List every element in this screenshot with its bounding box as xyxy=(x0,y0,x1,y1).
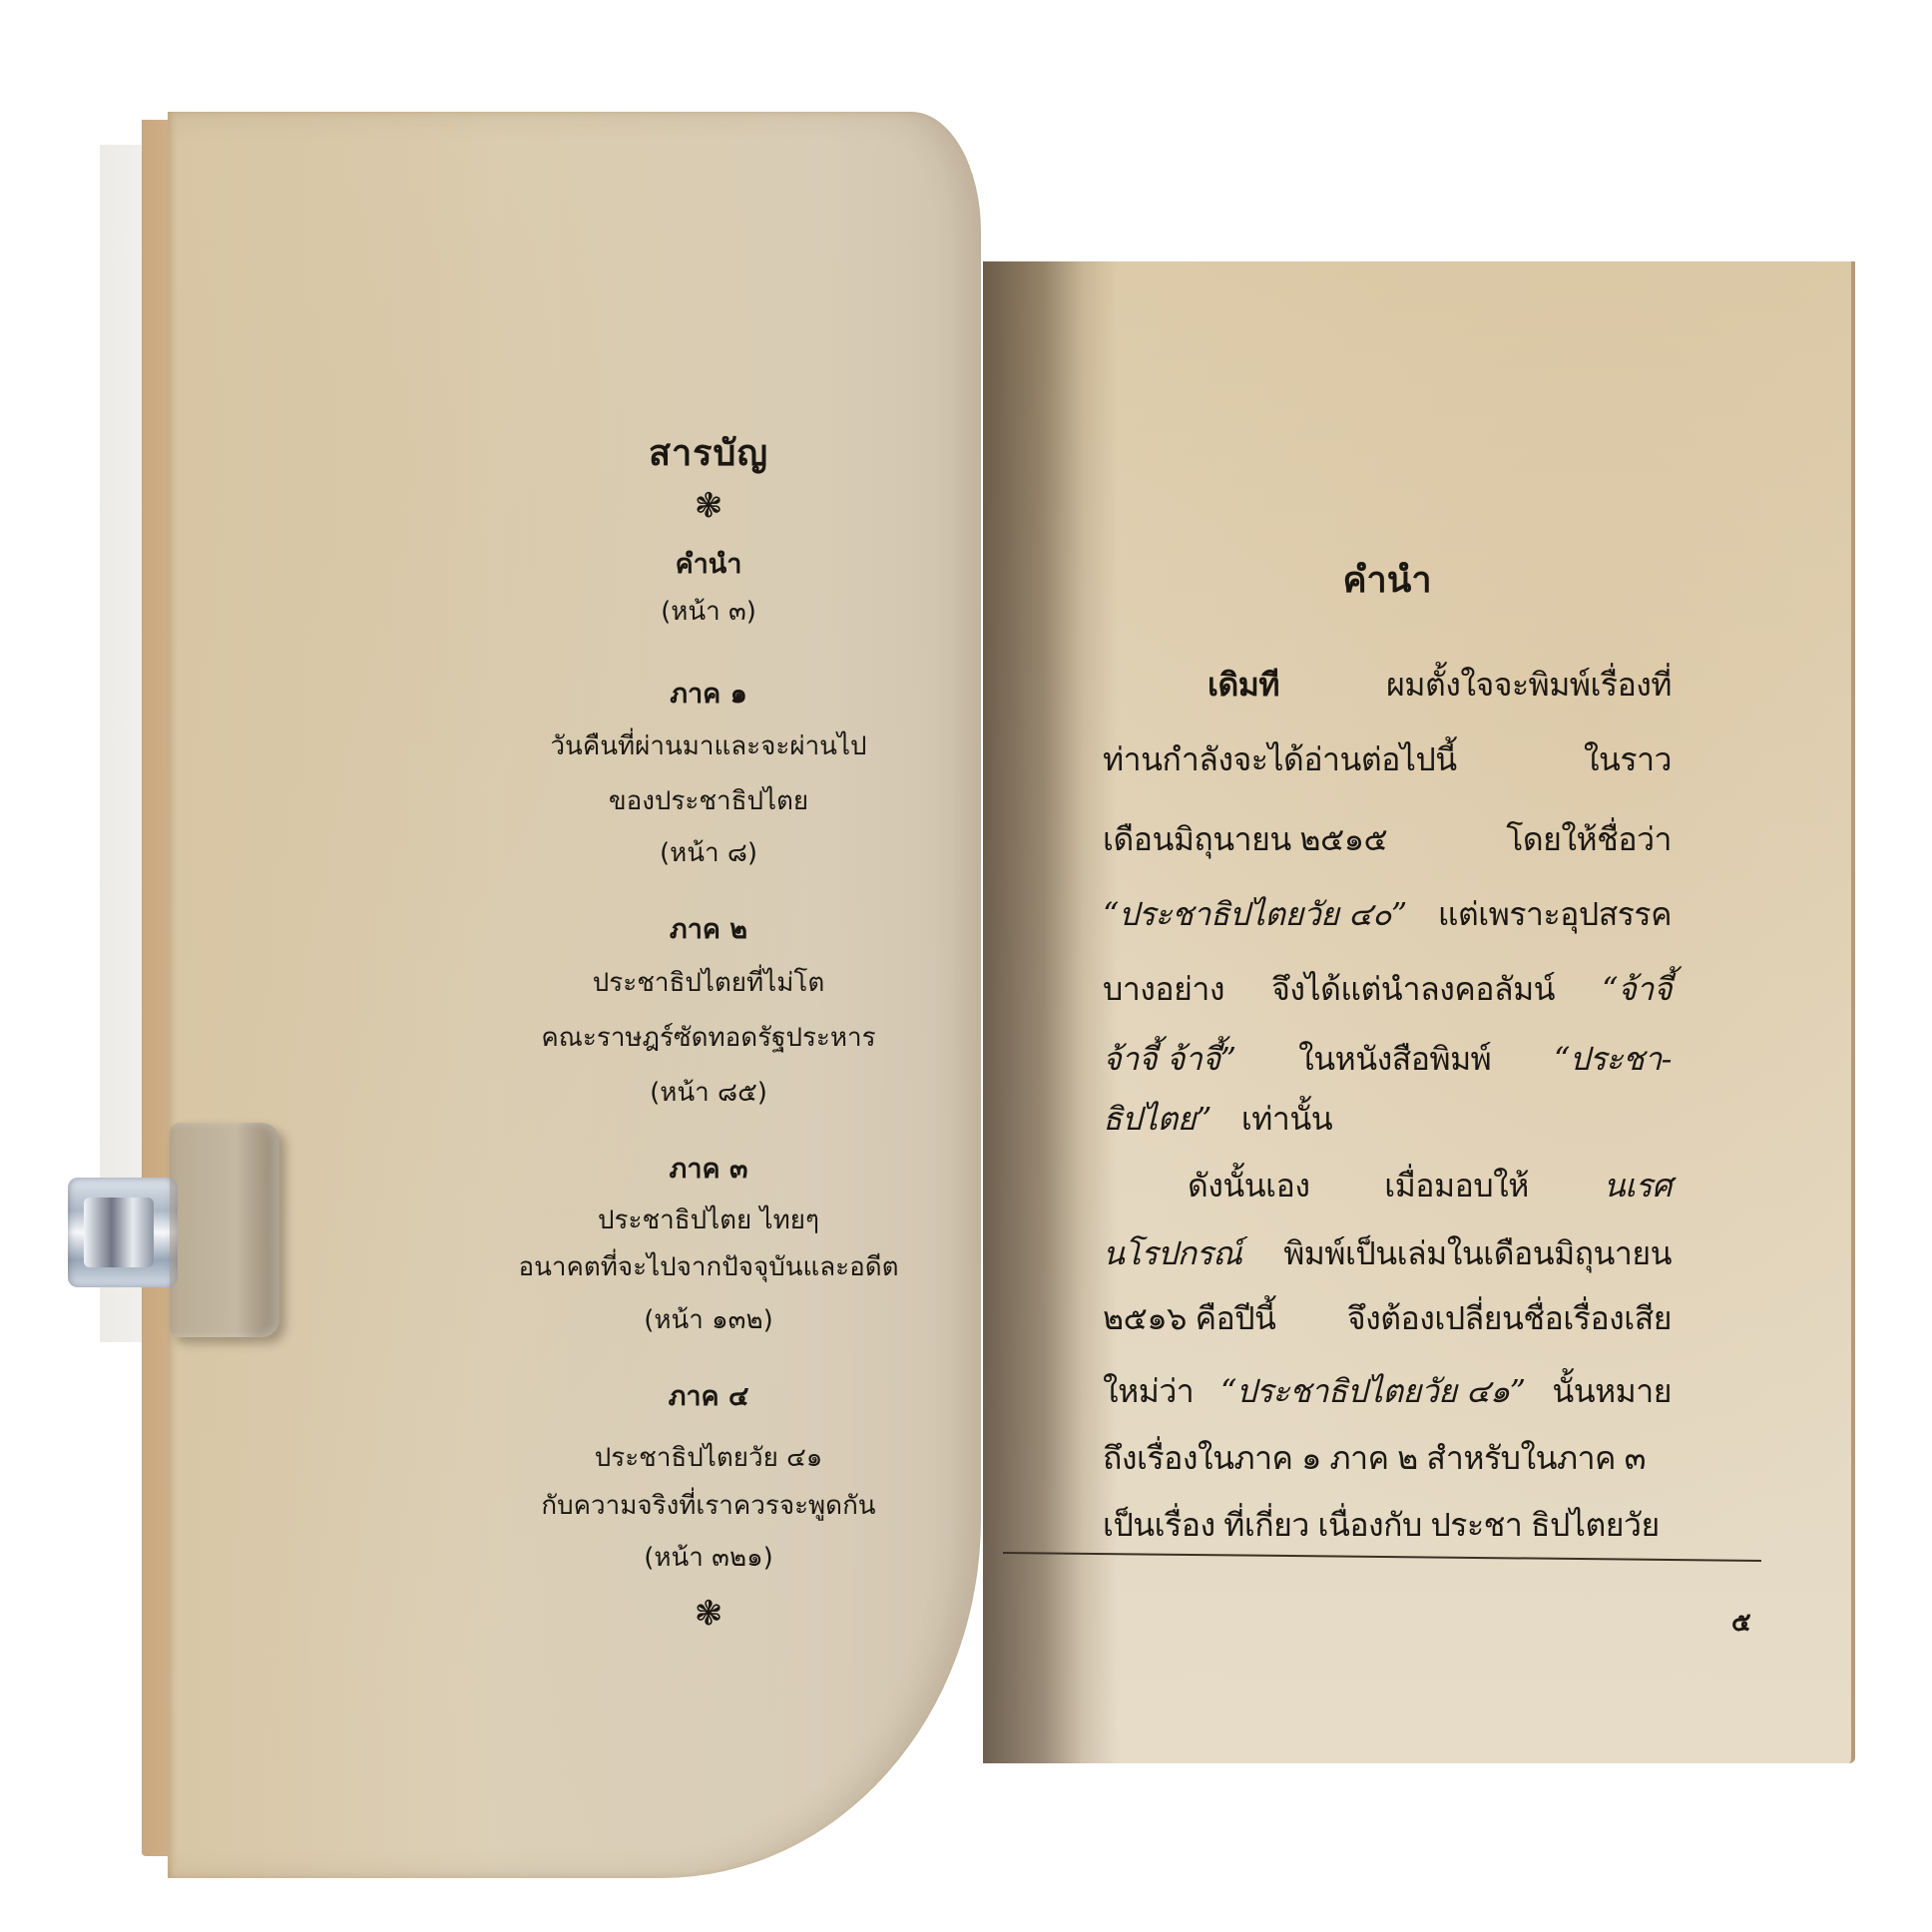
toc-heading: ภาค ๑ xyxy=(449,681,968,708)
body-line: ๒๕๑๖ คือปีนี้ จึงต้องเปลี่ยนชื่อเรื่องเส… xyxy=(1103,1302,1672,1334)
open-book: สารบัญ ❃ คำนำ (หน้า ๓) ภาค ๑ วันคืนที่ผ่… xyxy=(0,0,1932,1932)
toc-page-ref: (หน้า ๑๓๒) xyxy=(449,1307,968,1333)
body-text-italic: นโรปกรณ์ xyxy=(1103,1237,1241,1269)
body-text-italic: ธิปไตย” xyxy=(1103,1103,1211,1135)
foreword-title: คำนำ xyxy=(1103,551,1672,608)
toc-page-ref: (หน้า ๘๕) xyxy=(449,1080,968,1106)
binder-clip-icon xyxy=(170,1123,279,1337)
body-line: จ้าจี้ จ้าจี้” ในหนังสือพิมพ์ “ประชา- xyxy=(1103,1043,1672,1075)
body-text: ผมตั้งใจจะพิมพ์เรื่องที่ xyxy=(1386,669,1672,701)
toc-page-ref: (หน้า ๘) xyxy=(449,840,968,866)
body-line: เป็นเรื่อง ที่เกี่ยว เนื่องกับ ประชา ธิป… xyxy=(1103,1509,1672,1541)
toc-heading: ภาค ๔ xyxy=(449,1383,968,1410)
body-text: นั้นหมาย xyxy=(1552,1375,1672,1407)
body-line: เดือนมิถุนายน ๒๕๑๕ โดยให้ชื่อว่า xyxy=(1103,823,1672,855)
body-text: ถึงเรื่องในภาค ๑ ภาค ๒ สำหรับในภาค ๓ xyxy=(1103,1442,1646,1474)
toc-line: วันคืนที่ผ่านมาและจะผ่านไป xyxy=(449,733,968,759)
body-text-italic: “ประชา- xyxy=(1554,1043,1672,1075)
body-text: โดยให้ชื่อว่า xyxy=(1506,823,1672,855)
body-line: เดิมที ผมตั้งใจจะพิมพ์เรื่องที่ xyxy=(1103,669,1672,701)
body-line: “ประชาธิปไตยวัย ๔๐” แต่เพราะอุปสรรค xyxy=(1103,898,1672,930)
body-line: ดังนั้นเอง เมื่อมอบให้ นเรศ xyxy=(1103,1170,1672,1202)
body-text: แต่เพราะอุปสรรค xyxy=(1438,898,1672,930)
toc-line: ประชาธิปไตย ไทยๆ xyxy=(449,1207,968,1233)
body-text-italic: นเรศ xyxy=(1604,1170,1672,1202)
flower-ornament-icon: ❃ xyxy=(449,1597,968,1631)
body-text: เท่านั้น xyxy=(1241,1103,1332,1135)
binder-clip-hinge xyxy=(84,1198,154,1267)
toc-heading: ภาค ๒ xyxy=(449,916,968,943)
body-text: ในราว xyxy=(1584,743,1672,775)
toc-line: ของประชาธิปไตย xyxy=(449,788,968,814)
body-line: บางอย่าง จึงได้แต่นำลงคอลัมน์ “จ้าจี้ xyxy=(1103,973,1672,1005)
toc-title: สารบัญ xyxy=(449,424,968,481)
toc-heading: คำนำ xyxy=(449,551,968,578)
body-text: จึงได้แต่นำลงคอลัมน์ xyxy=(1271,973,1555,1005)
body-text-italic: “ประชาธิปไตยวัย ๔๑” xyxy=(1220,1375,1525,1407)
body-text-italic: จ้าจี้ จ้าจี้” xyxy=(1103,1043,1235,1075)
toc-line: ประชาธิปไตยที่ไม่โต xyxy=(449,970,968,996)
body-line: ท่านกำลังจะได้อ่านต่อไปนี้ ในราว xyxy=(1103,743,1672,775)
toc-line: อนาคตที่จะไปจากปัจจุบันและอดีต xyxy=(449,1254,968,1280)
body-text-bold: เดิมที xyxy=(1207,669,1279,701)
flower-ornament-icon: ❃ xyxy=(449,489,968,523)
body-text: ในหนังสือพิมพ์ xyxy=(1298,1043,1491,1075)
toc-line: ประชาธิปไตยวัย ๔๑ xyxy=(449,1445,968,1471)
body-line: ธิปไตย” เท่านั้น xyxy=(1103,1103,1672,1135)
page-number: ๕ xyxy=(1731,1602,1751,1643)
body-text: เมื่อมอบให้ xyxy=(1384,1170,1529,1202)
body-text: เป็นเรื่อง ที่เกี่ยว เนื่องกับ ประชา ธิป… xyxy=(1103,1509,1660,1541)
toc-page-ref: (หน้า ๓) xyxy=(449,599,968,625)
body-line: ใหม่ว่า “ประชาธิปไตยวัย ๔๑” นั้นหมาย xyxy=(1103,1375,1672,1407)
body-text: บางอย่าง xyxy=(1103,973,1224,1005)
body-line: ถึงเรื่องในภาค ๑ ภาค ๒ สำหรับในภาค ๓ xyxy=(1103,1442,1672,1474)
toc-line: คณะราษฎร์ซัดทอดรัฐประหาร xyxy=(449,1025,968,1051)
toc-heading: ภาค ๓ xyxy=(449,1156,968,1183)
body-text: พิมพ์เป็นเล่มในเดือนมิถุนายน xyxy=(1283,1237,1672,1269)
body-text-italic: “จ้าจี้ xyxy=(1602,973,1672,1005)
body-text: ใหม่ว่า xyxy=(1103,1375,1194,1407)
body-text-italic: “ประชาธิปไตยวัย ๔๐” xyxy=(1103,898,1407,930)
body-text: จึงต้องเปลี่ยนชื่อเรื่องเสีย xyxy=(1347,1302,1672,1334)
body-text: ๒๕๑๖ คือปีนี้ xyxy=(1103,1302,1275,1334)
body-line: นโรปกรณ์ พิมพ์เป็นเล่มในเดือนมิถุนายน xyxy=(1103,1237,1672,1269)
body-text: เดือนมิถุนายน ๒๕๑๕ xyxy=(1103,823,1387,855)
body-text: ดังนั้นเอง xyxy=(1188,1170,1309,1202)
toc-page-ref: (หน้า ๓๒๑) xyxy=(449,1545,968,1571)
toc-line: กับความจริงที่เราควรจะพูดกัน xyxy=(449,1493,968,1519)
body-text: ท่านกำลังจะได้อ่านต่อไปนี้ xyxy=(1103,743,1457,775)
